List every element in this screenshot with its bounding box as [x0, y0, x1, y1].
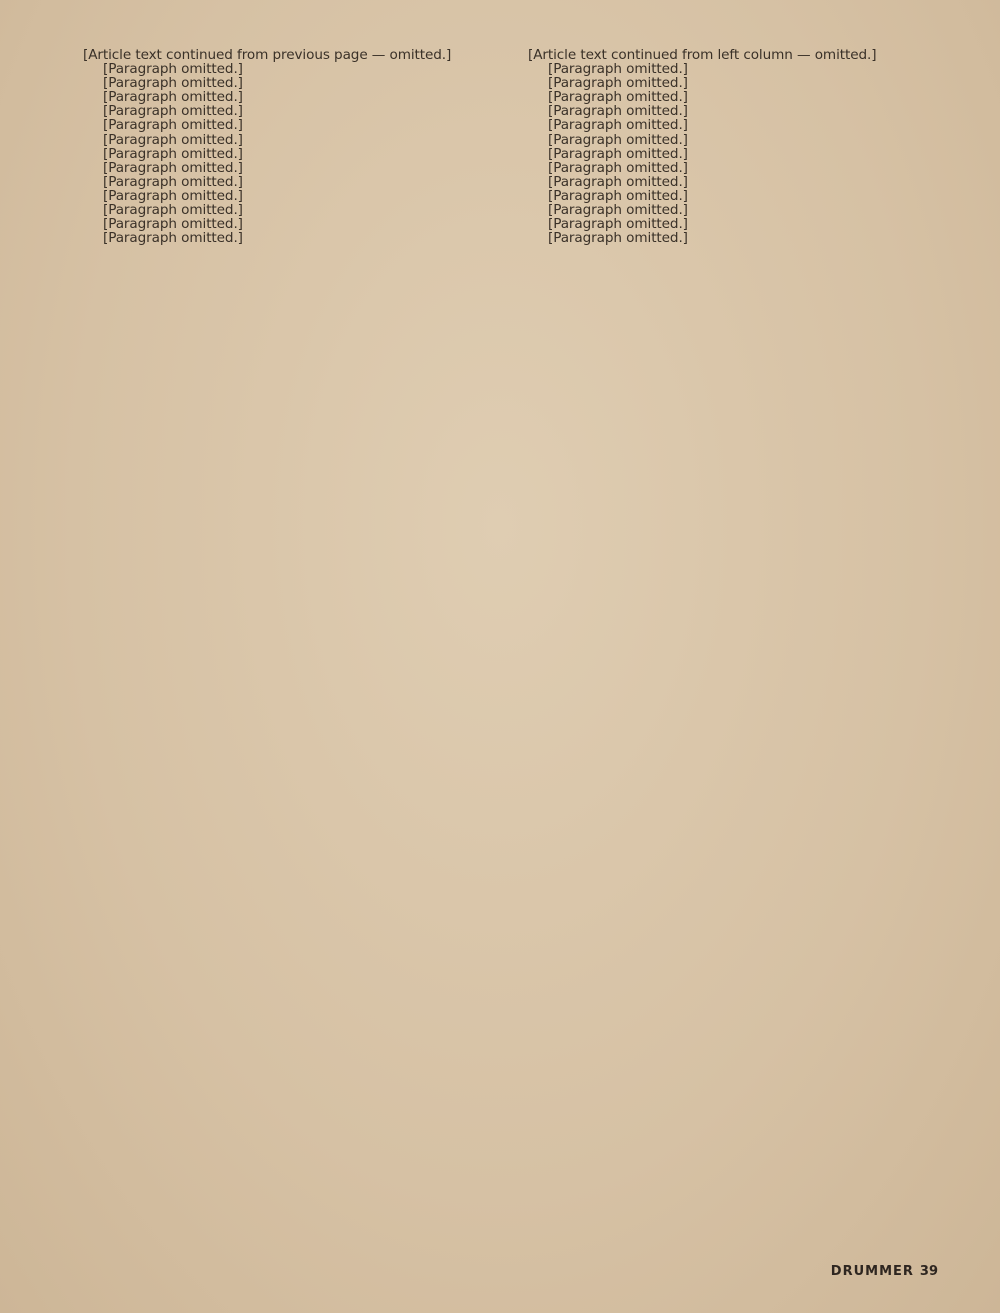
article-paragraph: [Paragraph omitted.] — [83, 104, 503, 118]
publication-name: DRUMMER — [831, 1264, 914, 1279]
article-paragraph: [Article text continued from left column… — [528, 48, 948, 62]
article-paragraph: [Paragraph omitted.] — [83, 90, 503, 104]
article-paragraph: [Paragraph omitted.] — [83, 62, 503, 76]
article-paragraph: [Paragraph omitted.] — [83, 161, 503, 175]
article-paragraph: [Paragraph omitted.] — [83, 147, 503, 161]
article-paragraph: [Paragraph omitted.] — [528, 203, 948, 217]
article-paragraph: [Paragraph omitted.] — [83, 175, 503, 189]
article-paragraph: [Paragraph omitted.] — [528, 231, 948, 245]
article-paragraph: [Paragraph omitted.] — [528, 189, 948, 203]
article-paragraph: [Paragraph omitted.] — [528, 133, 948, 147]
left-text-column: [Article text continued from previous pa… — [83, 48, 503, 245]
article-paragraph: [Paragraph omitted.] — [83, 118, 503, 132]
article-paragraph: [Paragraph omitted.] — [528, 76, 948, 90]
article-paragraph: [Article text continued from previous pa… — [83, 48, 503, 62]
article-paragraph: [Paragraph omitted.] — [528, 118, 948, 132]
article-paragraph: [Paragraph omitted.] — [83, 217, 503, 231]
article-paragraph: [Paragraph omitted.] — [83, 231, 503, 245]
article-paragraph: [Paragraph omitted.] — [528, 104, 948, 118]
article-paragraph: [Paragraph omitted.] — [528, 90, 948, 104]
article-paragraph: [Paragraph omitted.] — [528, 62, 948, 76]
page-number: 39 — [920, 1264, 938, 1279]
article-paragraph: [Paragraph omitted.] — [83, 203, 503, 217]
article-paragraph: [Paragraph omitted.] — [528, 175, 948, 189]
article-paragraph: [Paragraph omitted.] — [528, 147, 948, 161]
article-paragraph: [Paragraph omitted.] — [83, 189, 503, 203]
page-folio: DRUMMER39 — [831, 1264, 938, 1279]
article-paragraph: [Paragraph omitted.] — [83, 133, 503, 147]
right-text-column: [Article text continued from left column… — [528, 48, 948, 245]
article-paragraph: [Paragraph omitted.] — [528, 161, 948, 175]
magazine-page: [Article text continued from previous pa… — [83, 48, 951, 1268]
article-paragraph: [Paragraph omitted.] — [83, 76, 503, 90]
article-paragraph: [Paragraph omitted.] — [528, 217, 948, 231]
